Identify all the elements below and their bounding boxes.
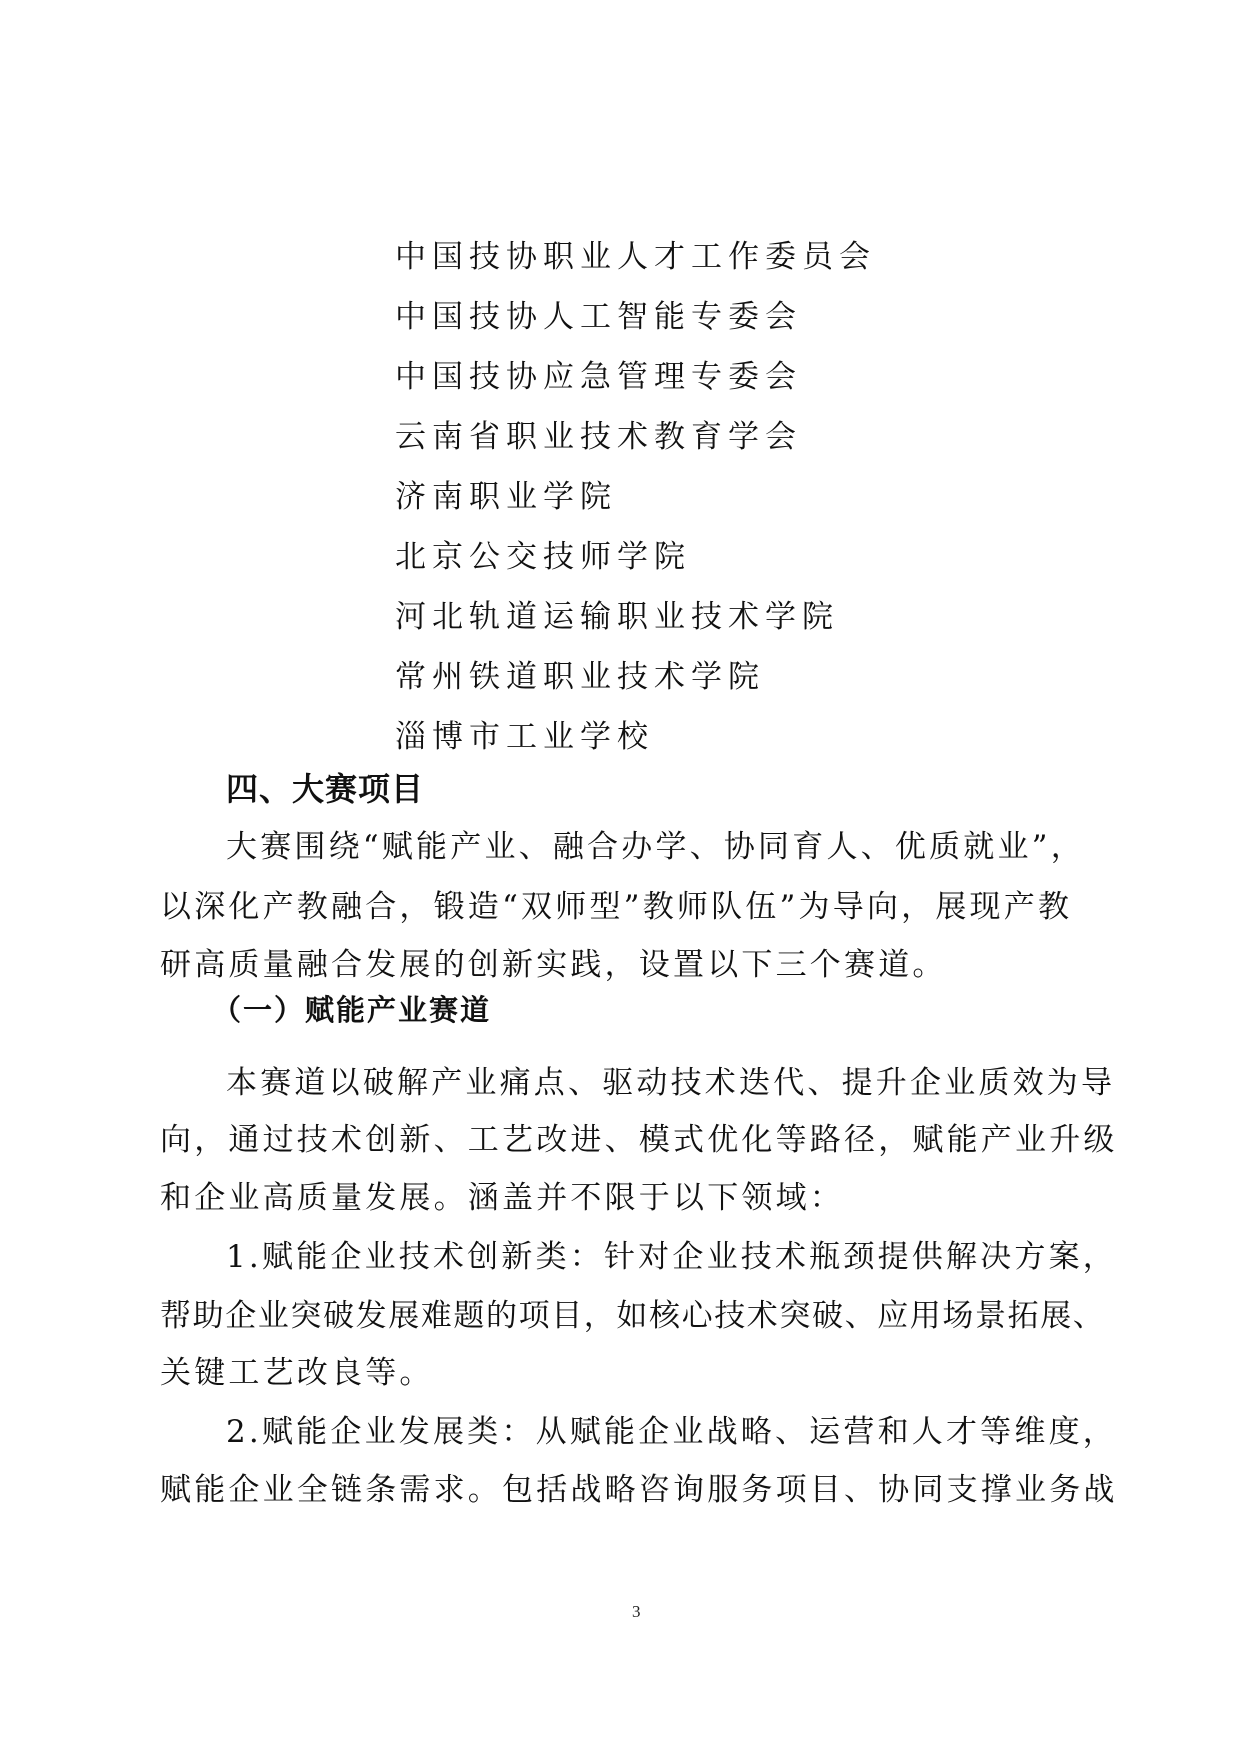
organizer-item: 河北轨道运输职业技术学院 [395, 587, 876, 647]
organizer-item: 云南省职业技术教育学会 [395, 407, 876, 467]
paragraph-line: 研高质量融合发展的创新实践，设置以下三个赛道。 [160, 945, 947, 985]
list-item-tech-innovation: 1.赋能企业技术创新类：针对企业技术瓶颈提供解决方案， [226, 1237, 1117, 1277]
paragraph-line: 大赛围绕“赋能产业、融合办学、协同育人、优质就业”， [226, 827, 1085, 867]
paragraph-line: 向，通过技术创新、工艺改进、模式优化等路径，赋能产业升级 [160, 1120, 1118, 1160]
paragraph-line: 帮助企业突破发展难题的项目，如核心技术突破、应用场景拓展、 [160, 1296, 1105, 1336]
paragraph-line: 本赛道以破解产业痛点、驱动技术迭代、提升企业质效为导 [226, 1063, 1115, 1103]
organizer-item: 淄博市工业学校 [395, 707, 876, 767]
paragraph-line: 和企业高质量发展。涵盖并不限于以下领域： [160, 1178, 844, 1218]
document-page: 中国技协职业人才工作委员会 中国技协人工智能专委会 中国技协应急管理专委会 云南… [0, 0, 1240, 1753]
section-heading-competition-projects: 四、大赛项目 [226, 769, 424, 809]
organizer-item: 中国技协职业人才工作委员会 [395, 227, 876, 287]
organizer-item: 中国技协应急管理专委会 [395, 347, 876, 407]
subsection-heading-industry-track: （一）赋能产业赛道 [212, 990, 491, 1030]
organizer-item: 济南职业学院 [395, 467, 876, 527]
organizer-item: 常州铁道职业技术学院 [395, 647, 876, 707]
organizer-item: 北京公交技师学院 [395, 527, 876, 587]
paragraph-line: 关键工艺改良等。 [160, 1353, 434, 1393]
page-number: 3 [632, 1602, 641, 1622]
paragraph-line: 赋能企业全链条需求。包括战略咨询服务项目、协同支撑业务战 [160, 1470, 1118, 1510]
paragraph-line: 以深化产教融合，锻造“双师型”教师队伍”为导向，展现产教 [160, 887, 1072, 927]
organizer-list: 中国技协职业人才工作委员会 中国技协人工智能专委会 中国技协应急管理专委会 云南… [395, 227, 876, 767]
organizer-item: 中国技协人工智能专委会 [395, 287, 876, 347]
list-item-enterprise-development: 2.赋能企业发展类：从赋能企业战略、运营和人才等维度， [226, 1412, 1117, 1452]
